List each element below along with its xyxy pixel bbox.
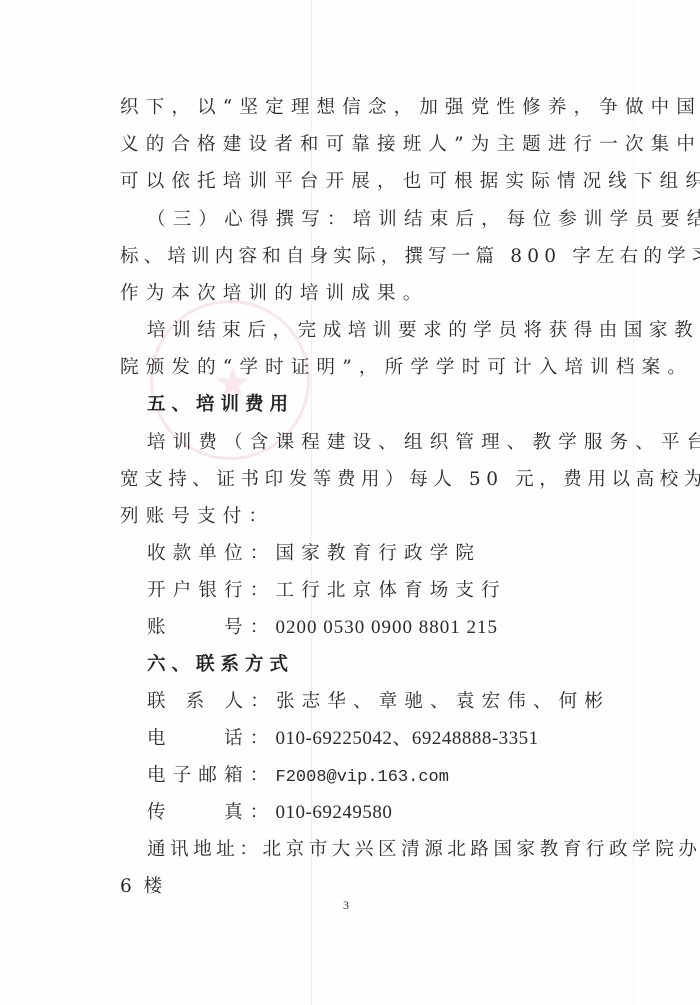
paragraph-2-line-2: 标、培训内容和自身实际，撰写一篇 800 字左右的学习培训心得， [120,244,600,270]
section-5-line-3: 列账号支付： [120,504,600,530]
address-value-line-2: 6 楼 [120,874,600,900]
address-label: 通讯地址： [147,837,263,863]
paragraph-3-line-2: 院颁发的“学时证明”，所学学时可计入培训档案。 [120,355,600,381]
account-value: 0200 0530 0900 8801 215 [276,617,499,638]
paragraph-3-line-1: 培训结束后，完成培训要求的学员将获得由国家教育行政学 [147,318,627,344]
phone-label: 电 话： [147,726,276,752]
paragraph-2-line-1: （三）心得撰写：培训结束后，每位参训学员要结合培训目 [147,207,627,233]
paragraph-1-line-2: 义的合格建设者和可靠接班人”为主题进行一次集中研讨。研讨 [120,132,600,158]
document-page: ★ 织下，以“坚定理想信念，加强党性修养，争做中国特色社会主 义的合格建设者和可… [0,0,700,1005]
section-5-heading: 五、培训费用 [147,392,627,418]
fax-row: 传 真：010-69249580 [147,800,627,826]
payee-value: 国家教育行政学院 [276,543,482,564]
email-value[interactable]: F2008@vip.163.com [276,768,449,787]
phone-value: 010-69225042、69248888-3351 [276,728,539,749]
address-row: 通讯地址：北京市大兴区清源北路国家教育行政学院办公楼 [147,837,627,863]
email-label: 电子邮箱： [147,763,276,789]
phone-row: 电 话：010-69225042、69248888-3351 [147,726,627,752]
fax-value: 010-69249580 [276,802,393,823]
page-number: 3 [343,898,349,913]
bank-value: 工行北京体育场支行 [276,580,507,601]
paragraph-2-line-3: 作为本次培训的培训成果。 [120,281,600,307]
email-row: 电子邮箱：F2008@vip.163.com [147,763,627,791]
account-label: 账 号： [147,615,276,641]
paragraph-1-line-1: 织下，以“坚定理想信念，加强党性修养，争做中国特色社会主 [120,95,600,121]
section-6-heading: 六、联系方式 [147,652,627,678]
paragraph-1-line-3: 可以依托培训平台开展，也可根据实际情况线下组织。 [120,169,600,195]
bank-label: 开户银行： [147,578,276,604]
fax-label: 传 真： [147,800,276,826]
contacts-row: 联 系 人：张志华、章驰、袁宏伟、何彬 [147,689,627,715]
section-5-line-2: 宽支持、证书印发等费用）每人 50 元，费用以高校为单位按下 [120,467,600,493]
contacts-value: 张志华、章驰、袁宏伟、何彬 [276,691,610,712]
account-row: 账 号：0200 0530 0900 8801 215 [147,615,627,641]
payee-row: 收款单位：国家教育行政学院 [147,541,627,567]
payee-label: 收款单位： [147,541,276,567]
bank-row: 开户银行：工行北京体育场支行 [147,578,627,604]
contacts-label: 联 系 人： [147,689,276,715]
section-5-line-1: 培训费（含课程建设、组织管理、教学服务、平台使用、带 [147,430,627,456]
address-value-line-1: 北京市大兴区清源北路国家教育行政学院办公楼 [263,839,700,860]
